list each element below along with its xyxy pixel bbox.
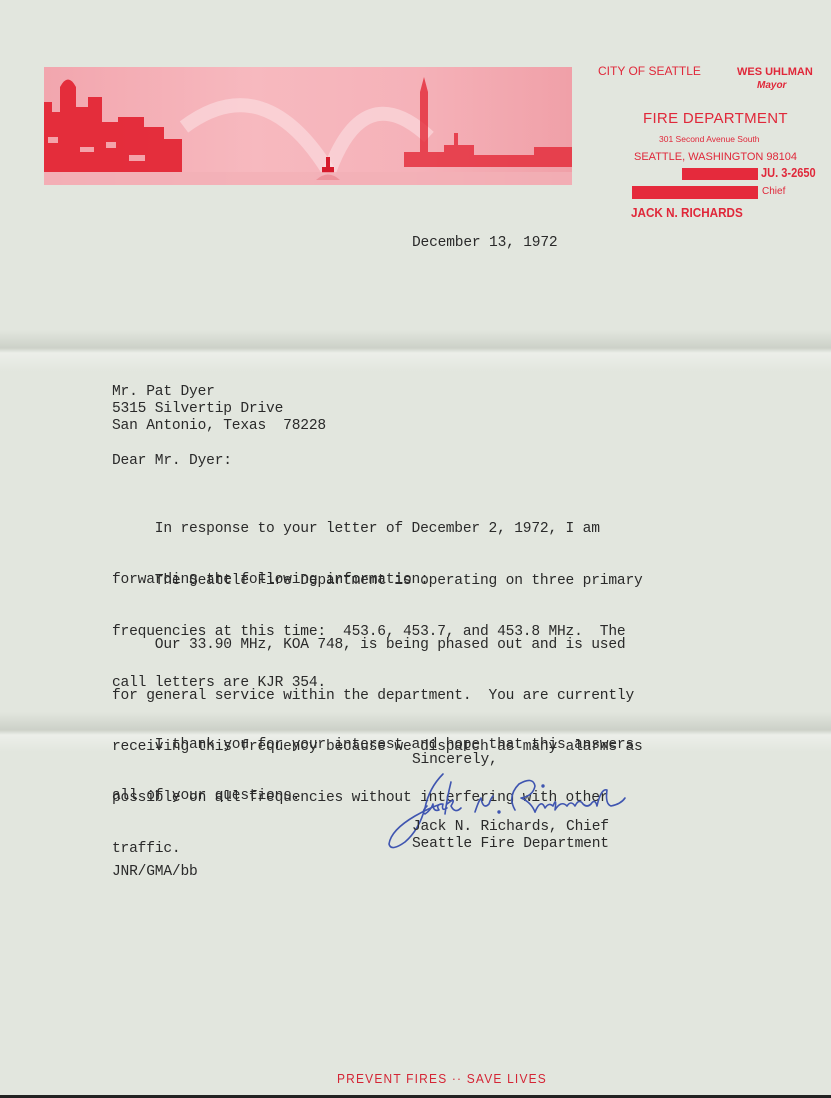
reference-initials: JNR/GMA/bb	[112, 864, 198, 881]
redaction-bar	[632, 186, 758, 199]
salutation: Dear Mr. Dyer:	[112, 453, 232, 470]
redaction-bar	[682, 168, 758, 180]
letterhead-chief-name: JACK N. RICHARDS	[631, 205, 743, 220]
recipient-name: Mr. Pat Dyer	[112, 384, 326, 401]
letterhead-department: FIRE DEPARTMENT	[643, 110, 788, 127]
letterhead-city: CITY OF SEATTLE	[598, 64, 701, 78]
signer-name: Jack N. Richards, Chief	[412, 819, 609, 836]
paragraph-line: Our 33.90 MHz, KOA 748, is being phased …	[112, 637, 643, 654]
letter-date: December 13, 1972	[412, 235, 557, 252]
recipient-street: 5315 Silvertip Drive	[112, 401, 326, 418]
letterhead-street: 301 Second Avenue South	[659, 134, 760, 144]
letterhead-city-state-zip: SEATTLE, WASHINGTON 98104	[634, 151, 797, 163]
skyline-fireboat-icon	[44, 67, 572, 185]
letter-page: CITY OF SEATTLE WES UHLMAN Mayor FIRE DE…	[0, 0, 831, 1098]
recipient-city-state-zip: San Antonio, Texas 78228	[112, 418, 326, 435]
letterhead-mayor-name: WES UHLMAN	[737, 66, 813, 78]
signature-block: Jack N. Richards, ChiefSeattle Fire Depa…	[412, 819, 609, 853]
letterhead-chief-title: Chief	[762, 186, 785, 197]
closing: Sincerely,	[412, 752, 498, 769]
footer-slogan: PREVENT FIRES ·· SAVE LIVES	[337, 1071, 547, 1086]
paragraph-line: I thank you for your interest and hope t…	[112, 737, 634, 754]
recipient-address: Mr. Pat Dyer5315 Silvertip DriveSan Anto…	[112, 384, 326, 435]
paragraph-line: In response to your letter of December 2…	[112, 521, 600, 538]
letterhead-mayor-title: Mayor	[757, 80, 786, 91]
signer-organization: Seattle Fire Department	[412, 836, 609, 853]
paragraph-line: The Seattle Fire Department is operating…	[112, 573, 643, 590]
letterhead-phone: JU. 3-2650	[761, 165, 816, 180]
letterhead-banner-image	[44, 67, 572, 185]
